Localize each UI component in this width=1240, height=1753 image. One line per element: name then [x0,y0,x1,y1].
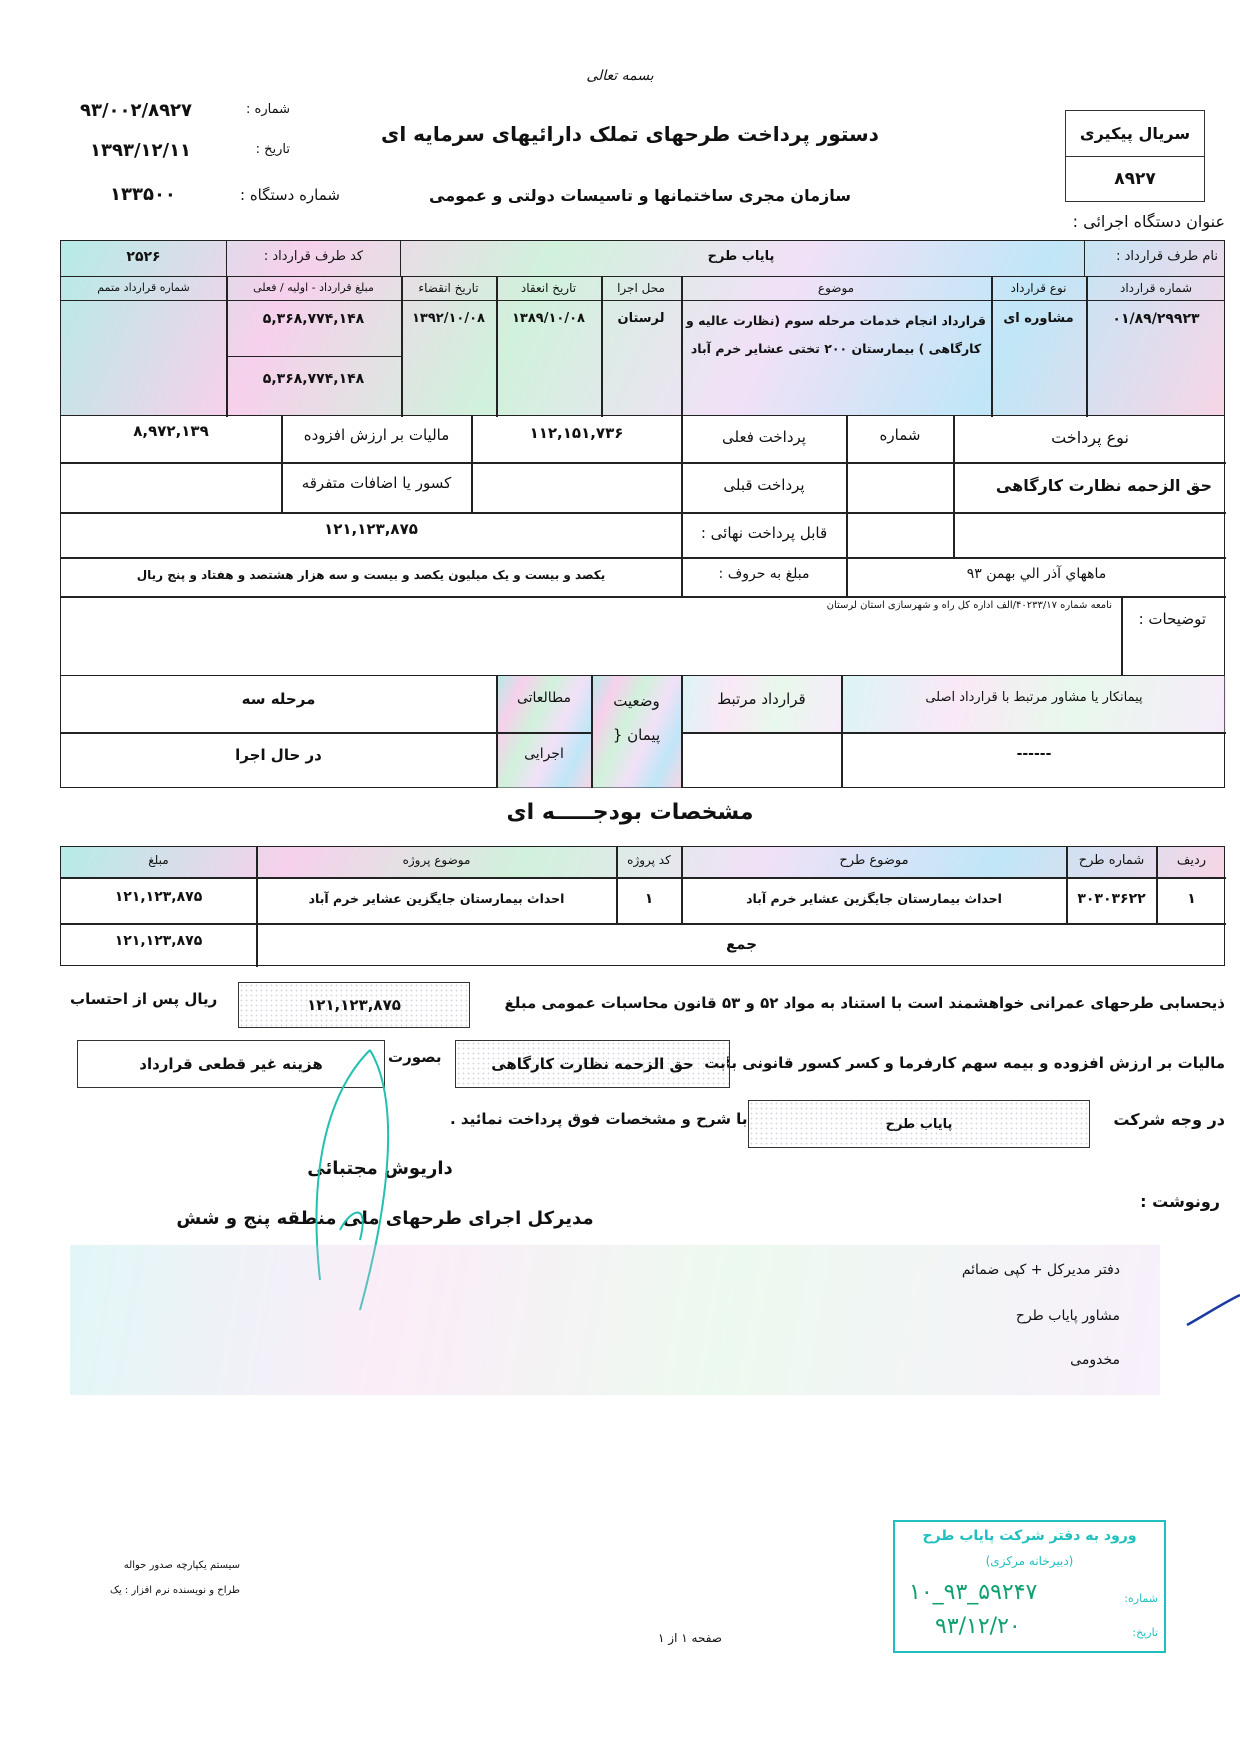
instruction-line1-suffix: ریال پس از احتساب [70,990,217,1008]
budget-table: ردیف شماره طرح موضوع طرح کد پروژه موضوع … [60,846,1225,966]
col-amount: مبلغ قرارداد - اولیه / فعلی [226,281,401,294]
payee-company-box: پایاب طرح [748,1100,1090,1148]
notes-value: نامعه شماره ۴۰۲۳۳/۱۷/الف اداره کل راه و … [827,600,1112,611]
project-subject: احداث بیمارستان جایگزین عشایر خرم آباد [257,891,616,906]
col-project-code: کد پروژه [617,853,681,867]
budget-title: مشخصات بودجـــــه ای [380,800,880,825]
col-supplement: شماره قرارداد متمم [61,281,226,294]
col-project-subject: موضوع پروژه [257,853,616,867]
page-number: صفحه ۱ از ۱ [640,1631,740,1645]
col-expiry-date: تاریخ انقضاء [401,281,496,295]
executive-body-label: عنوان دستگاه اجرائی : [1073,212,1225,231]
stamp-number-value: ۱۰_۹۳_۵۹۲۴۷ [909,1580,1037,1605]
col-amount: مبلغ [61,853,256,867]
device-number-label: شماره دستگاه : [240,186,340,204]
instruction-line3-suffix: با شرح و مشخصات فوق پرداخت نمائید . [450,1110,747,1128]
amount-current: ۵,۳۶۸,۷۷۴,۱۴۸ [226,371,401,387]
instruction-payment-type-box: حق الزحمه نظارت کارگاهی [455,1040,730,1088]
system-line2: طراح و نویسنده نرم افزار : یک [80,1585,240,1596]
tracking-serial-label: سریال پیکیری [1066,111,1204,157]
device-number-value: ۱۳۳۵۰۰ [110,184,176,205]
contract-type: مشاوره ای [991,311,1086,326]
contract-bracket-label: پیمان { [592,726,681,744]
instruction-line3-prefix: در وجه شرکت [1113,1110,1225,1129]
party-name-label: نام طرف قرارداد : [1084,241,1224,277]
col-contract-type: نوع قرارداد [991,281,1086,295]
final-payable-label: قابل پرداخت نهائی : [682,524,846,542]
party-code-value: ۲۵۲۶ [61,249,226,265]
vat-value: ۸,۹۷۲,۱۳۹ [61,422,281,440]
execution-label: اجرایی [497,746,591,762]
tracking-serial-value: ۸۹۲۷ [1066,157,1204,201]
related-contractor-value: ------ [842,746,1226,762]
payment-period: ماههاي آذر الي بهمن ۹۳ [847,566,1226,582]
instruction-line2: مالیات بر ارزش افزوده و بیمه سهم کارفرما… [704,1054,1225,1072]
total-value: ۱۲۱,۱۲۳,۸۷۵ [61,933,256,949]
previous-payment-label: پرداخت قبلی [682,476,846,494]
amount-words-label: مبلغ به حروف : [682,566,846,582]
col-contract-number: شماره قرارداد [1086,281,1226,295]
project-code: ۱ [617,891,681,907]
amount-words-value: یکصد و بیست و یک میلیون یکصد و بیست و سه… [61,568,681,582]
status-label: وضعیت [592,692,681,710]
col-plan-subject: موضوع طرح [682,853,1066,868]
current-payment-value: ۱۱۲,۱۵۱,۷۳۶ [472,424,681,442]
amount-initial: ۵,۳۶۸,۷۷۴,۱۴۸ [226,311,401,327]
cc-item: مخدومی [1070,1352,1120,1368]
row-amount: ۱۲۱,۱۲۳,۸۷۵ [61,889,256,905]
receipt-stamp: ورود به دفتر شرکت پایاب طرح (دبیرخانه مر… [893,1520,1166,1653]
number-value: ۹۳/۰۰۲/۸۹۲۷ [80,100,192,121]
cc-item: مشاور پایاب طرح [1016,1308,1120,1324]
number-label: شماره : [246,102,290,117]
cc-item: دفتر مدیرکل + کپی ضمائم [962,1262,1120,1278]
status-table: پیمانکار یا مشاور مرتبط با قرارداد اصلی … [60,676,1225,788]
stamp-date-label: تاریخ: [1132,1626,1158,1639]
stamp-title: ورود به دفتر شرکت پایاب طرح [895,1528,1164,1544]
instruction-amount-box: ۱۲۱,۱۲۳,۸۷۵ [238,982,470,1028]
party-name-value: پایاب طرح [401,249,1081,264]
instruction-line1: ذیحسابی طرحهای عمرانی خواهشمند است با اس… [505,994,1225,1012]
row-index: ۱ [1157,891,1226,907]
final-payable-value: ۱۲۱,۱۲۳,۸۷۵ [61,520,681,538]
payment-number-label: شماره [847,426,953,444]
stamp-subtitle: (دبیرخانه مرکزی) [895,1554,1164,1568]
date-label: تاریخ : [256,142,290,157]
current-payment-label: پرداخت فعلی [682,428,846,446]
date-value: ۱۳۹۳/۱۲/۱۱ [90,140,191,161]
col-row: ردیف [1157,853,1226,868]
system-line1: سیستم یکپارچه صدور حواله [100,1560,240,1571]
vat-label: مالیات بر ارزش افزوده [282,426,471,444]
pen-stroke-icon [1185,1290,1240,1330]
plan-number: ۳۰۳۰۳۶۲۲ [1067,891,1156,907]
related-contract-label: قرارداد مرتبط [682,690,841,708]
party-code-label: کد طرف قرارداد : [226,241,401,277]
col-signing-date: تاریخ انعقاد [496,281,601,295]
payment-table: نوع پرداخت شماره پرداخت فعلی ۱۱۲,۱۵۱,۷۳۶… [60,416,1225,596]
execution-value: در حال اجرا [61,746,496,764]
page-title: دستور پرداخت طرحهای تملک دارائیهای سرمای… [380,122,880,146]
organization-name: سازمان مجری ساختمانها و تاسیسات دولتی و … [420,186,860,205]
notes-label: توضیحات : [1139,610,1206,628]
study-label: مطالعاتی [497,690,591,706]
payment-type-label: نوع پرداخت [954,428,1226,447]
signing-date: ۱۳۸۹/۱۰/۰۸ [496,311,601,326]
header-meta: شماره : ۹۳/۰۰۲/۸۹۲۷ تاریخ : ۱۳۹۳/۱۲/۱۱ ش… [60,100,290,220]
expiry-date: ۱۳۹۲/۱۰/۰۸ [401,311,496,326]
related-contractor-label: پیمانکار یا مشاور مرتبط با قرارداد اصلی [842,690,1226,705]
bismillah: بسمه تعالی [520,68,720,84]
col-location: محل اجرا [601,281,681,295]
plan-subject: احداث بیمارستان جایگزین عشایر خرم آباد [682,891,1066,906]
contract-number: ۰۱/۸۹/۲۹۹۲۳ [1086,311,1226,327]
stamp-number-label: شماره: [1124,1592,1158,1605]
study-value: مرحله سه [61,690,496,708]
total-label: جمع [257,935,1226,953]
payment-type-value: حق الزحمه نظارت کارگاهی [996,476,1212,495]
notes-section: توضیحات : نامعه شماره ۴۰۲۳۳/۱۷/الف اداره… [60,596,1225,676]
contract-table: نام طرف قرارداد : پایاب طرح کد طرف قرارد… [60,240,1225,416]
contract-location: لرستان [601,311,681,326]
misc-label: کسور یا اضافات متفرقه [282,474,471,492]
tracking-serial-box: سریال پیکیری ۸۹۲۷ [1065,110,1205,202]
cc-label: رونوشت : [1140,1192,1220,1211]
col-plan-number: شماره طرح [1067,853,1156,868]
stamp-date-value: ۹۳/۱۲/۲۰ [935,1614,1021,1639]
col-subject: موضوع [681,281,991,295]
contract-subject: قرارداد انجام خدمات مرحله سوم (نظارت عال… [686,307,986,363]
